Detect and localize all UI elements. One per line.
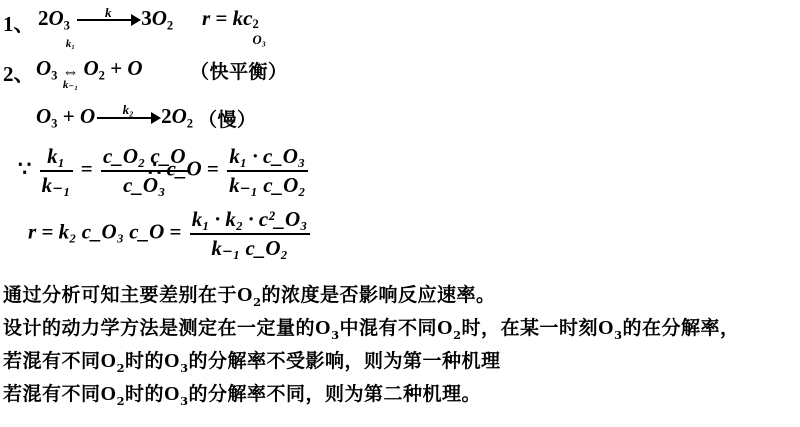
reaction-2-step2: O3 + O k₂ 2O2 <box>36 104 193 129</box>
reaction-2-step1: O3 k₁ ⇔ k₋₁ O2 + O <box>36 56 143 83</box>
paragraph-line-3: 若混有不同O2时的O3的分解率不受影响，则为第一种机理 <box>3 346 501 373</box>
fraction: k₁ · c_O₃ k₋₁ c_O₂ <box>227 145 307 197</box>
rate-law-1: r = kc2O₃ <box>202 6 270 31</box>
arrow-icon <box>97 117 159 119</box>
rate-law-2: r = k₂ c_O₃ c_O = k₁ · k₂ · c²_O₃ k₋₁ c_… <box>28 208 313 260</box>
reaction-arrow: k₂ <box>97 117 159 119</box>
note-fast-equilibrium: （快平衡） <box>190 57 288 84</box>
paragraph-line-2: 设计的动力学方法是测定在一定量的O3中混有不同O2时，在某一时刻O3的在分解率， <box>3 313 740 340</box>
reaction-1: 2O3 k 3O2 <box>38 6 173 31</box>
arrow-icon <box>77 19 139 21</box>
item-1-label: 1、 <box>3 8 35 38</box>
note-slow: （慢） <box>198 105 257 132</box>
therefore-equation: ∴ c_O = k₁ · c_O₃ k₋₁ c_O₂ <box>148 145 311 197</box>
equilibrium-arrow: k₁ ⇔ k₋₁ <box>58 58 82 83</box>
item-2-label: 2、 <box>3 58 35 88</box>
reaction-arrow: k <box>77 19 139 21</box>
paragraph-line-4: 若混有不同O2时的O3的分解率不同，则为第二种机理。 <box>3 379 481 406</box>
paragraph-line-1: 通过分析可知主要差别在于O2的浓度是否影响反应速率。 <box>3 280 496 307</box>
fraction: k₁ · k₂ · c²_O₃ k₋₁ c_O₂ <box>190 208 310 260</box>
fraction: k₁ k₋₁ <box>40 145 73 197</box>
